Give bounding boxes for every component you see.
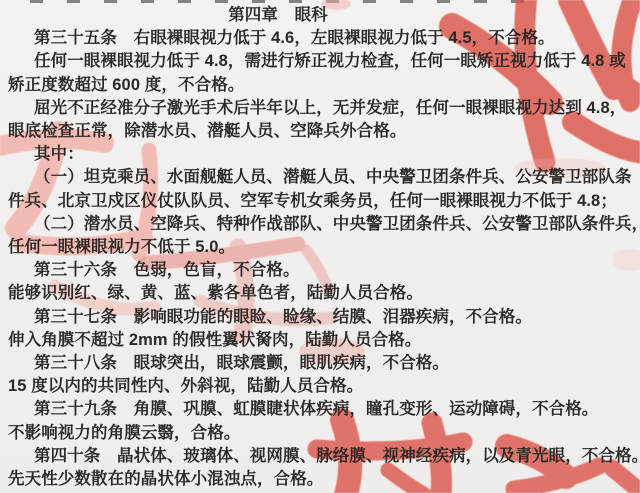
text-line: （一）坦克乘员、水面舰艇人员、潜艇人员、中央警卫团条件兵、公安警卫部队条 <box>8 166 640 189</box>
text-line: 能够识别红、绿、黄、蓝、紫各单色者，陆勤人员合格。 <box>8 282 640 305</box>
text-line: 第三十六条 色弱，色盲，不合格。 <box>8 259 640 282</box>
chapter-title: 第四章 眼科 <box>0 4 594 27</box>
text-line: 第四十条 晶状体、玻璃体、视网膜、脉络膜、视神经疾病，以及青光眼，不合格。 <box>8 445 640 468</box>
text-line: 眼底检查正常，除潜水员、潜艇人员、空降兵外合格。 <box>8 120 640 143</box>
text-line: 第三十五条 右眼裸眼视力低于 4.6，左眼裸眼视力低于 4.5，不合格。 <box>8 27 640 50</box>
document-body: 第四章 眼科 第三十五条 右眼裸眼视力低于 4.6，左眼裸眼视力低于 4.5，不… <box>8 4 640 491</box>
text-line: 屈光不正经准分子激光手术后半年以上，无并发症，任何一眼裸眼视力达到 4.8， <box>8 97 640 120</box>
text-line: 第三十七条 影响眼功能的眼睑、睑缘、结膜、泪器疾病，不合格。 <box>8 306 640 329</box>
document-page: 第四章 眼科 第三十五条 右眼裸眼视力低于 4.6，左眼裸眼视力低于 4.5，不… <box>0 0 640 493</box>
text-line: 任何一眼裸眼视力不低于 5.0。 <box>8 236 640 259</box>
cropped-line-fragments <box>30 0 530 3</box>
text-line: 第三十九条 角膜、巩膜、虹膜睫状体疾病，瞳孔变形、运动障碍，不合格。 <box>8 398 640 421</box>
text-line: 15 度以内的共同性内、外斜视，陆勤人员合格。 <box>8 375 640 398</box>
text-line: 件兵、北京卫戍区仪仗队队员、空军专机女乘务员，任何一眼裸眼视力不低于 4.8； <box>8 190 640 213</box>
text-line: 矫正度数超过 600 度，不合格。 <box>8 74 640 97</box>
text-line: 任何一眼裸眼视力低于 4.8，需进行矫正视力检查，任何一眼矫正视力低于 4.8 … <box>8 50 640 73</box>
text-line: （二）潜水员、空降兵、特种作战部队、中央警卫团条件兵、公安警卫部队条件兵， <box>8 213 640 236</box>
text-line: 第三十八条 眼球突出，眼球震颤，眼肌疾病，不合格。 <box>8 352 640 375</box>
text-line: 伸入角膜不超过 2mm 的假性翼状胬肉，陆勤人员合格。 <box>8 329 640 352</box>
text-line: 不影响视力的角膜云翳，合格。 <box>8 422 640 445</box>
text-line: 其中： <box>8 143 640 166</box>
text-line: 先天性少数散在的晶状体小混浊点，合格。 <box>8 468 640 491</box>
